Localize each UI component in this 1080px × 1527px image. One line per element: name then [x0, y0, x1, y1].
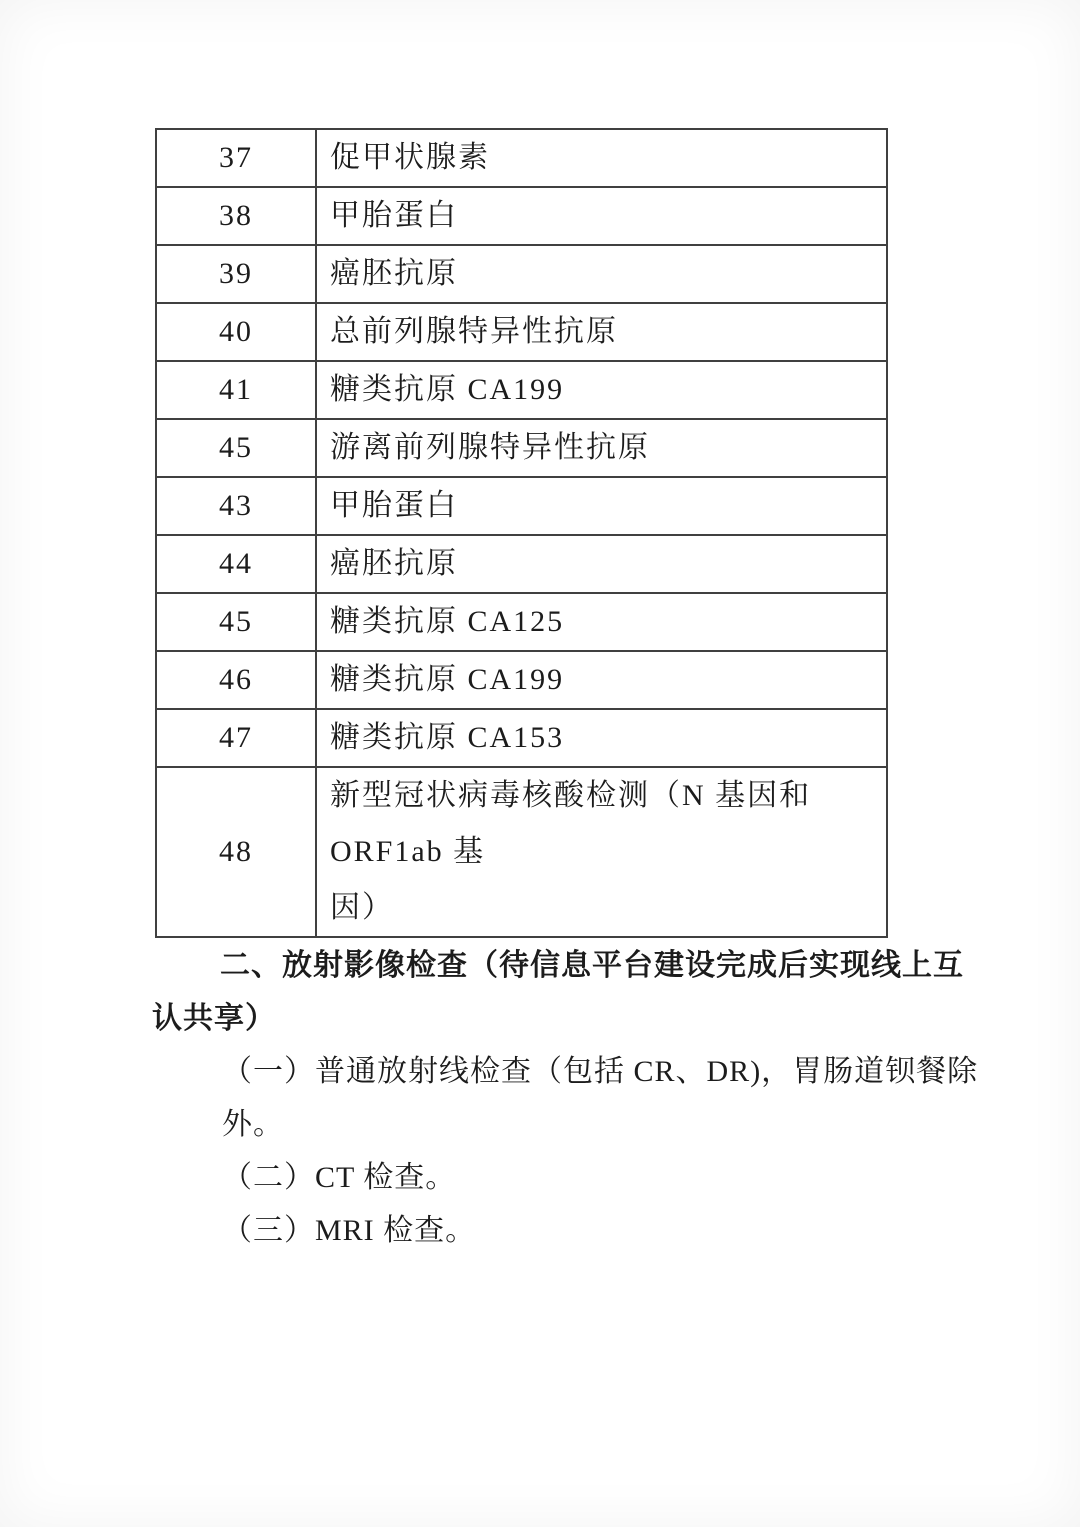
test-name-cell: 总前列腺特异性抗原 — [316, 303, 887, 361]
row-number-cell: 48 — [156, 767, 316, 937]
paragraph-ct: （二）CT 检查。 — [222, 1151, 1064, 1204]
table-row: 43 甲胎蛋白 — [156, 477, 887, 535]
table-row: 37 促甲状腺素 — [156, 129, 887, 187]
test-name-cell: 糖类抗原 CA199 — [316, 361, 887, 419]
test-name-cell: 甲胎蛋白 — [316, 477, 887, 535]
table-row: 47 糖类抗原 CA153 — [156, 709, 887, 767]
row-number-cell: 44 — [156, 535, 316, 593]
row-number-cell: 38 — [156, 187, 316, 245]
test-name-cell: 甲胎蛋白 — [316, 187, 887, 245]
test-name-cell: 癌胚抗原 — [316, 535, 887, 593]
row-number-cell: 47 — [156, 709, 316, 767]
row-number-cell: 45 — [156, 419, 316, 477]
row-number-cell: 43 — [156, 477, 316, 535]
test-name-cell: 新型冠状病毒核酸检测（N 基因和 ORF1ab 基 因） — [316, 767, 887, 937]
table-row: 45 游离前列腺特异性抗原 — [156, 419, 887, 477]
test-name-cell: 糖类抗原 CA199 — [316, 651, 887, 709]
row-number-cell: 37 — [156, 129, 316, 187]
table-row: 45 糖类抗原 CA125 — [156, 593, 887, 651]
row-number-cell: 46 — [156, 651, 316, 709]
radiology-section: 二、放射影像检查（待信息平台建设完成后实现线上互 认共享） （一）普通放射线检查… — [152, 939, 1064, 1257]
test-name-cell: 促甲状腺素 — [316, 129, 887, 187]
table-row: 38 甲胎蛋白 — [156, 187, 887, 245]
section-heading: 二、放射影像检查（待信息平台建设完成后实现线上互 认共享） — [152, 939, 1064, 1045]
test-name-cell: 癌胚抗原 — [316, 245, 887, 303]
test-name-cell: 游离前列腺特异性抗原 — [316, 419, 887, 477]
section-paragraphs: （一）普通放射线检查（包括 CR、DR)，胃肠道钡餐除 外。 （二）CT 检查。… — [222, 1045, 1064, 1257]
table-row: 48 新型冠状病毒核酸检测（N 基因和 ORF1ab 基 因） — [156, 767, 887, 937]
table-row: 40 总前列腺特异性抗原 — [156, 303, 887, 361]
table-row: 46 糖类抗原 CA199 — [156, 651, 887, 709]
table-row: 41 糖类抗原 CA199 — [156, 361, 887, 419]
test-name-cell: 糖类抗原 CA153 — [316, 709, 887, 767]
row-number-cell: 45 — [156, 593, 316, 651]
table-row: 44 癌胚抗原 — [156, 535, 887, 593]
test-name-cell: 糖类抗原 CA125 — [316, 593, 887, 651]
row-number-cell: 40 — [156, 303, 316, 361]
row-number-cell: 41 — [156, 361, 316, 419]
document-page: 37 促甲状腺素 38 甲胎蛋白 39 癌胚抗原 40 总前列腺特异性抗原 41… — [0, 0, 1080, 1527]
test-items-table: 37 促甲状腺素 38 甲胎蛋白 39 癌胚抗原 40 总前列腺特异性抗原 41… — [155, 128, 888, 938]
paragraph-mri: （三）MRI 检查。 — [222, 1204, 1064, 1257]
row-number-cell: 39 — [156, 245, 316, 303]
table-row: 39 癌胚抗原 — [156, 245, 887, 303]
paragraph-xray: （一）普通放射线检查（包括 CR、DR)，胃肠道钡餐除 外。 — [222, 1045, 1064, 1151]
